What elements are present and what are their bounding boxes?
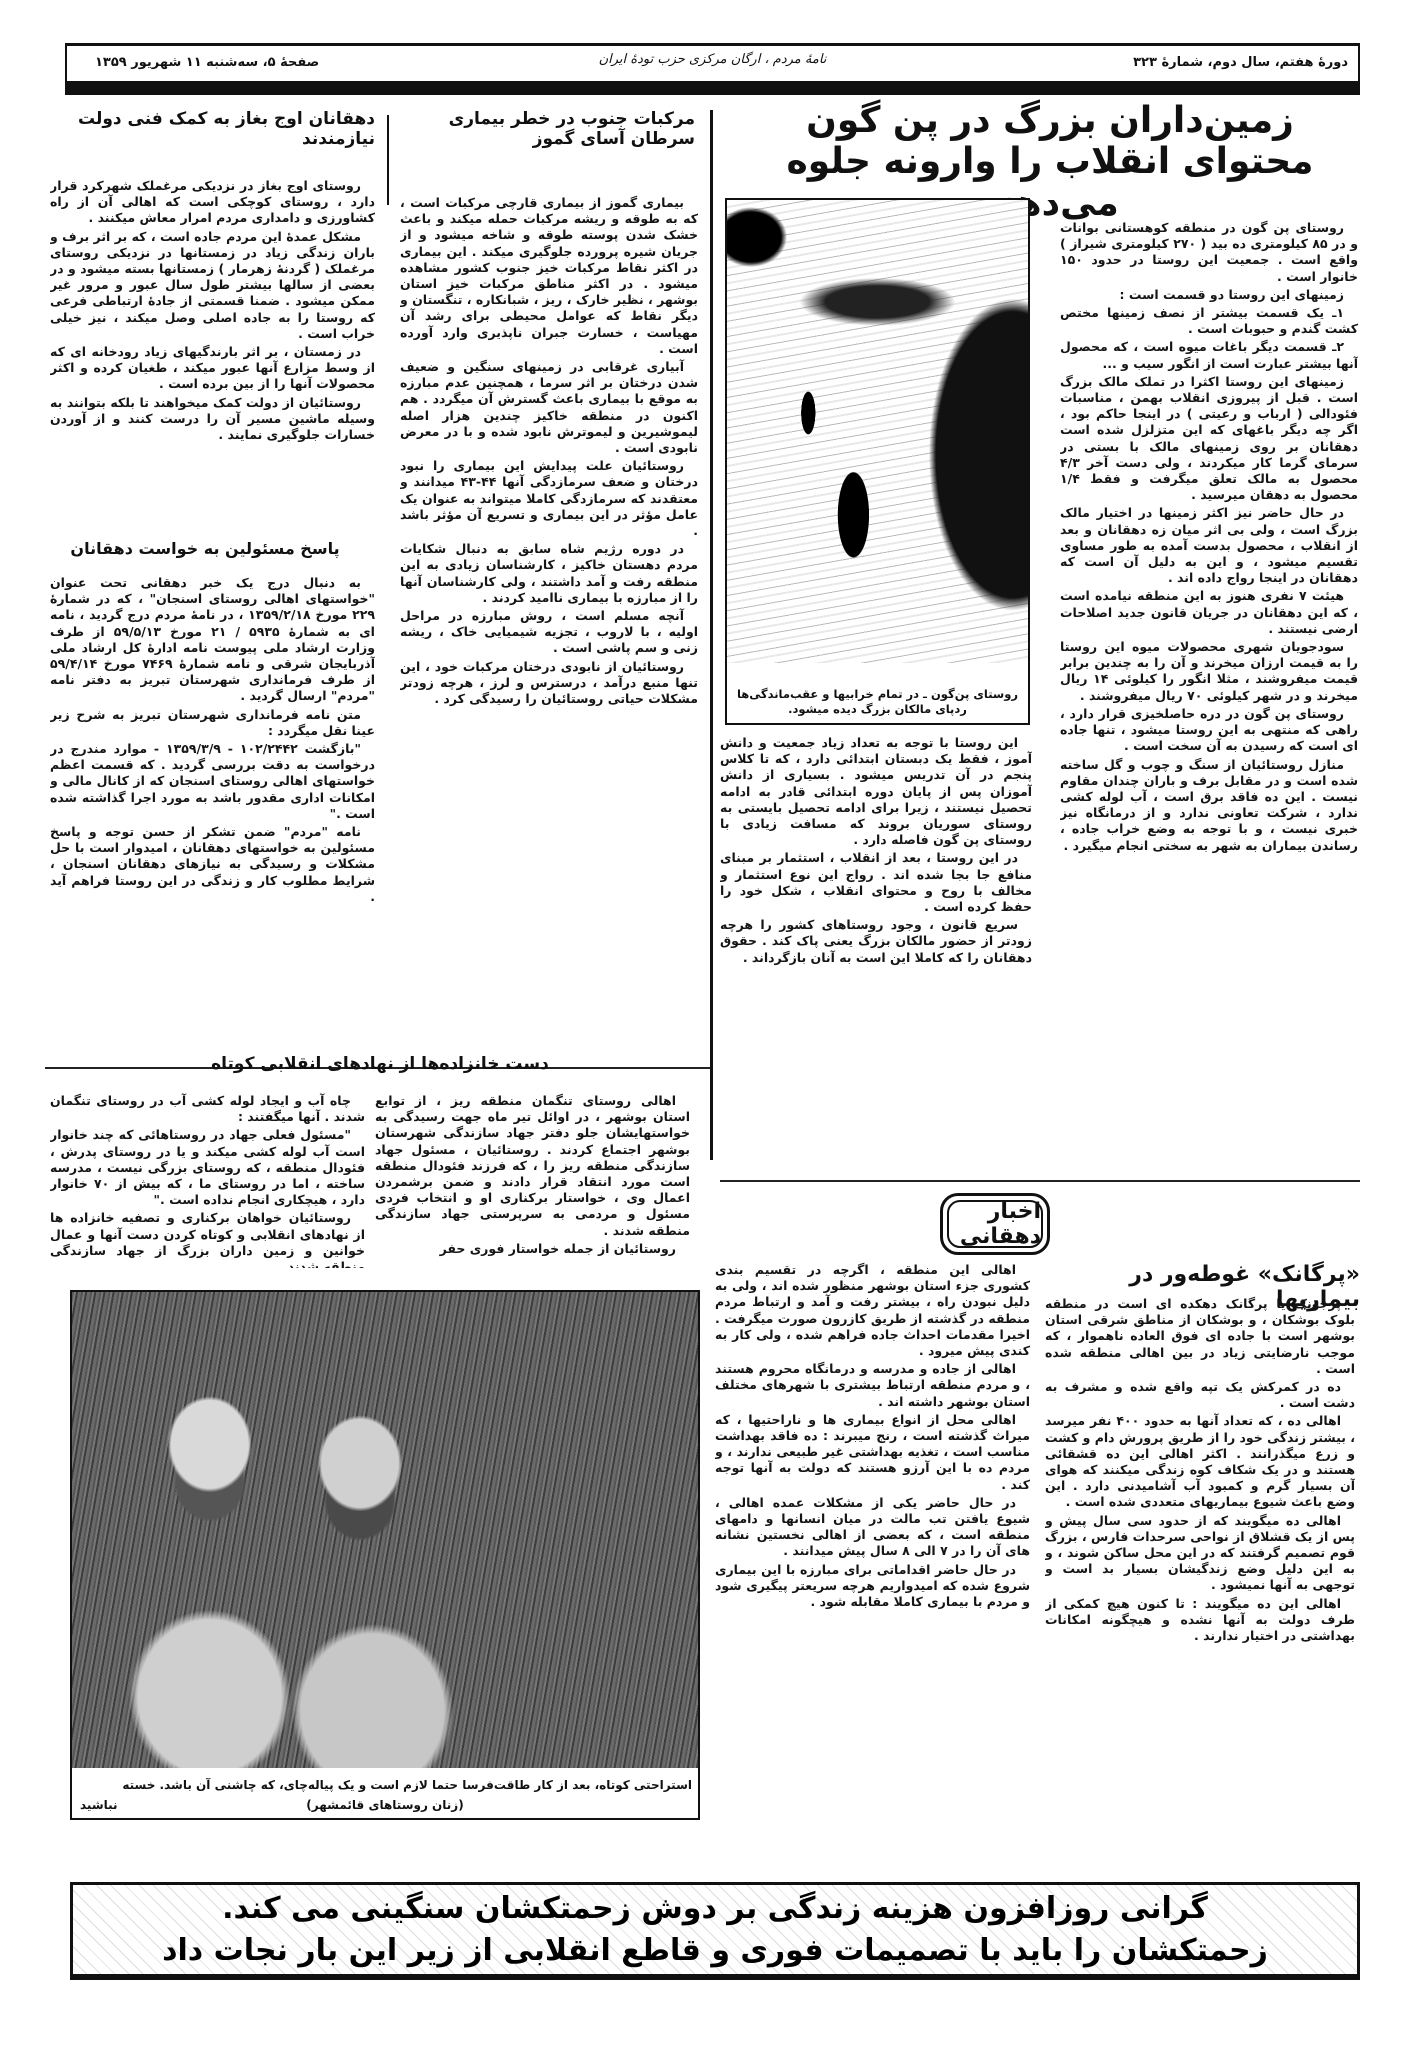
paragraph: روستای پن گون در منطقه کوهستانی بوانات و… [1060, 220, 1358, 285]
paragraph: ۱ـ یک قسمت بیشتر از نصف زمینها مختص کشت … [1060, 305, 1358, 337]
rural-news-label: اخبار دهقانی [940, 1193, 1050, 1255]
paragraph: اهالی محل از انواع بیماری ها و ناراحتیها… [715, 1412, 1030, 1493]
slogan-line-1: گرانی روزافزون هزینه زندگی بر دوش زحمتکش… [73, 1891, 1357, 1926]
village-photo: روستای پن‌گون ـ در تمام خرابیها و عقب‌ما… [725, 198, 1030, 725]
khans-article-col-left: چاه آب و ایجاد لوله کشی آب در روستای تنگ… [50, 1093, 365, 1268]
women-photo: استراحتی کوتاه، بعد از کار طاقت‌فرسا حتم… [70, 1290, 700, 1820]
pargank-article-col-left: اهالی این منطقه ، اگرچه در تقسیم بندی کش… [715, 1262, 1030, 1857]
section-divider [720, 1180, 1360, 1182]
paragraph: روستائیان خواهان برکناری و تصفیه خانزاده… [50, 1210, 365, 1268]
paragraph: ده در کمرکش یک تپه واقع شده و مشرف به دش… [1045, 1379, 1355, 1411]
officials-reply-body: به دنبال درج یک خبر دهقانی تحت عنوان "خو… [50, 575, 375, 1045]
paragraph: اهالی ده میگویند که از حدود سی سال پیش و… [1045, 1513, 1355, 1594]
paragraph: در حال حاضر نیز اکثر زمینها در اختیار ما… [1060, 505, 1358, 586]
khans-article-col-right: اهالی روستای تنگمان منطقه ریز ، از توابع… [375, 1093, 690, 1268]
paragraph: "مسئول فعلی جهاد در روستاهائی که چند خان… [50, 1127, 365, 1208]
paragraph: متن نامه فرمانداری شهرستان تبریز به شرح … [50, 707, 375, 739]
paragraph: نامه "مردم" ضمن تشکر از حسن توجه و پاسخ … [50, 824, 375, 905]
paragraph: در حال حاضر یکی از مشکلات عمده اهالی ، ش… [715, 1495, 1030, 1560]
paragraph: سریع قانون ، وجود روستاهای کشور را هرچه … [720, 917, 1032, 966]
citrus-headline: مرکبات جنوب در خطر بیماری سرطان آسای گمو… [395, 110, 695, 149]
women-photo-caption-line1: استراحتی کوتاه، بعد از کار طاقت‌فرسا حتم… [78, 1778, 692, 1792]
paragraph: روستائیان از نابودی درختان مرکبات خود ، … [400, 659, 698, 708]
oujbaghaz-headline: دهقانان اوج بغاز به کمک فنی دولت نیازمند… [45, 110, 375, 149]
paragraph: "بازگشت ۱۰۲/۲۴۴۲ - ۱۳۵۹/۳/۹ - موارد مندر… [50, 741, 375, 822]
paragraph: در این روستا ، بعد از انقلاب ، استثمار ب… [720, 850, 1032, 915]
paragraph: در حال حاضر اقداماتی برای مبارزه با این … [715, 1562, 1030, 1611]
paragraph: اهالی روستای تنگمان منطقه ریز ، از توابع… [375, 1093, 690, 1239]
paragraph: آنچه مسلم است ، روش مبارزه در مراحل اولی… [400, 608, 698, 657]
paragraph: هیئت ۷ نفری هنوز به این منطقه نیامده است… [1060, 588, 1358, 637]
citrus-article-body: بیماری گموز از بیماری قارچی مرکبات است ،… [400, 195, 698, 1045]
paragraph: منازل روستائیان از سنگ و چوب و گل ساخته … [1060, 757, 1358, 854]
paragraph: اهالی این منطقه ، اگرچه در تقسیم بندی کش… [715, 1262, 1030, 1359]
paragraph: روستای پن گون در دره حاصلخیزی قرار دارد … [1060, 706, 1358, 755]
paragraph: پرجونک یا پرگانک دهکده ای است در منطقه ب… [1045, 1296, 1355, 1377]
paragraph: زمینهای این روستا دو قسمت است : [1060, 287, 1358, 303]
main-article-col-2: این روستا با توجه به تعداد زیاد جمعیت و … [720, 735, 1032, 1160]
column-divider [710, 110, 713, 1160]
pargank-article-col-right: پرجونک یا پرگانک دهکده ای است در منطقه ب… [1045, 1296, 1355, 1856]
newspaper-name: نامهٔ مردم ، ارگان مرکزی حزب تودهٔ ایران [599, 52, 827, 67]
officials-reply-headline: پاسخ مسئولین به خواست دهقانان [45, 540, 365, 558]
issue-number: دورهٔ هفتم، سال دوم، شمارهٔ ۳۲۳ [1133, 55, 1348, 70]
paragraph: به دنبال درج یک خبر دهقانی تحت عنوان "خو… [50, 575, 375, 705]
paragraph: آبیاری غرقابی در زمینهای سنگین و ضعیف شد… [400, 359, 698, 456]
paragraph: روستای اوج بغاز در نزدیکی مرغملک شهرکرد … [50, 178, 375, 227]
page-date: صفحهٔ ۵، سه‌شنبه ۱۱ شهریور ۱۳۵۹ [95, 55, 319, 70]
women-photo-image [72, 1292, 698, 1768]
women-photo-caption-tail: نباشید [80, 1798, 118, 1812]
paragraph: روستائیان از دولت کمک میخواهند تا بلکه ب… [50, 395, 375, 444]
paragraph: اهالی ده ، که تعداد آنها به حدود ۴۰۰ نفر… [1045, 1413, 1355, 1510]
paragraph: زمینهای این روستا اکثرا در تملک مالک بزر… [1060, 374, 1358, 504]
paragraph: مشکل عمدهٔ این مردم جاده است ، که بر اثر… [50, 229, 375, 342]
paragraph: بیماری گموز از بیماری قارچی مرکبات است ،… [400, 195, 698, 357]
paragraph: این روستا با توجه به تعداد زیاد جمعیت و … [720, 735, 1032, 848]
village-photo-image [727, 200, 1028, 663]
paragraph: اهالی از جاده و مدرسه و درمانگاه محروم ه… [715, 1361, 1030, 1410]
slogan-line-2: زحمتکشان را باید با تصمیمات فوری و قاطع … [73, 1933, 1357, 1968]
slogan-banner: گرانی روزافزون هزینه زندگی بر دوش زحمتکش… [70, 1882, 1360, 1980]
column-divider [387, 115, 389, 205]
women-photo-caption-line2: (زنان روستاهای قائمشهر) [72, 1798, 698, 1812]
masthead: دورهٔ هفتم، سال دوم، شمارهٔ ۳۲۳ نامهٔ مر… [65, 43, 1360, 95]
oujbaghaz-article-body: روستای اوج بغاز در نزدیکی مرغملک شهرکرد … [50, 178, 375, 523]
paragraph: سودجویان شهری محصولات میوه این روستا را … [1060, 639, 1358, 704]
village-photo-caption: روستای پن‌گون ـ در تمام خرابیها و عقب‌ما… [727, 687, 1028, 717]
paragraph: روستائیان علت پیدایش این بیماری را نبود … [400, 458, 698, 539]
khans-headline: دست خانزاده‌ها از نهادهای انقلابی کوتاه [200, 1055, 560, 1075]
paragraph: روستائیان از جمله خواستار فوری حفر [375, 1241, 690, 1257]
paragraph: چاه آب و ایجاد لوله کشی آب در روستای تنگ… [50, 1093, 365, 1125]
paragraph: در دوره رژیم شاه سابق به دنبال شکایات مر… [400, 541, 698, 606]
main-article-col-1: روستای پن گون در منطقه کوهستانی بوانات و… [1060, 220, 1358, 1170]
paragraph: در زمستان ، بر اثر بارندگیهای زیاد رودخا… [50, 344, 375, 393]
rural-news-label-text: اخبار دهقانی [947, 1200, 1043, 1248]
paragraph: ۲ـ قسمت دیگر باغات میوه است ، که محصول آ… [1060, 339, 1358, 371]
paragraph: اهالی این ده میگویند : تا کنون هیچ کمکی … [1045, 1596, 1355, 1645]
